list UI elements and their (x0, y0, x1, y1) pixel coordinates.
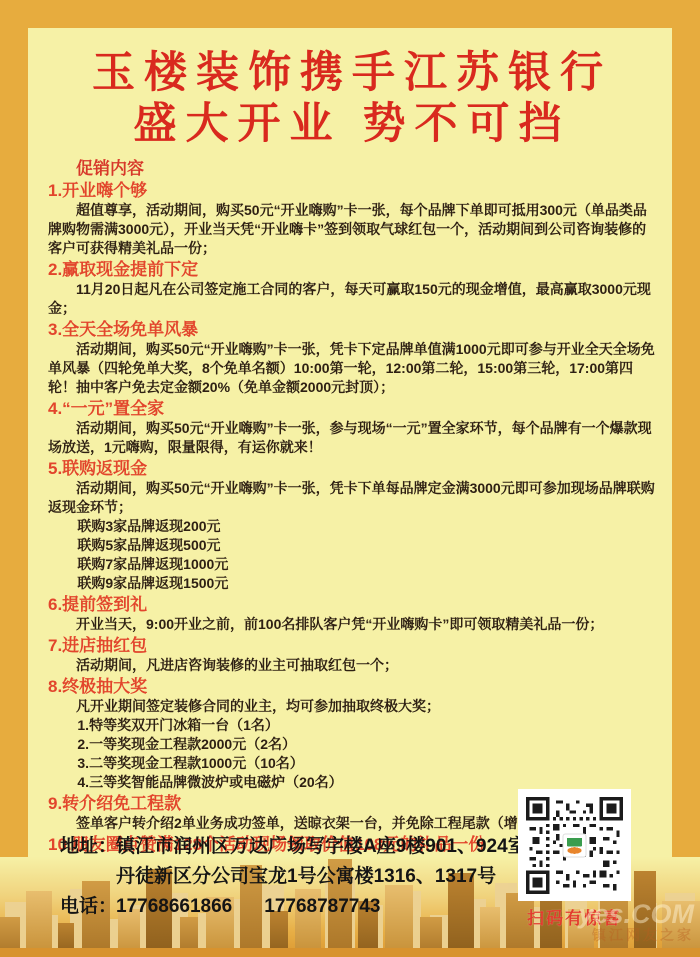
section-heading: 5.联购返现金 (48, 459, 656, 479)
title-line-2: 盛大开业 势不可挡 (48, 99, 656, 150)
promo-section-6: 6.提前签到礼 开业当天，9:00开业之前，前100名排队客户凭“开业嗨购卡”即… (48, 595, 656, 634)
prize-list-item: 1.特等奖双开门冰箱一台（1名） (48, 716, 656, 735)
qr-code-icon (518, 789, 631, 901)
title-line-1: 玉楼装饰携手江苏银行 (48, 48, 656, 99)
section-heading: 7.进店抽红包 (48, 636, 656, 656)
qr-caption: 扫码有惊喜 (518, 904, 631, 929)
address-row: 地址：镇江市润州区万达广场写字楼A座9楼901、924室 (60, 832, 527, 862)
promo-content: 玉楼装饰携手江苏银行 盛大开业 势不可挡 促销内容 1.开业嗨个够 超值尊享，活… (28, 28, 672, 855)
promo-section-2: 2.赢取现金提前下定 11月20日起凡在公司签定施工合同的客户，每天可赢取150… (48, 260, 656, 318)
section-heading: 1.开业嗨个够 (48, 181, 656, 201)
reward-list-item: 联购9家品牌返现1500元 (48, 574, 656, 593)
promo-section-7: 7.进店抽红包 活动期间，凡进店咨询装修的业主可抽取红包一个； (48, 636, 656, 675)
section-body: 活动期间，购买50元“开业嗨购”卡一张，凭卡下定品牌单值满1000元即可参与开业… (48, 340, 656, 397)
phone-row: 电话：1776866186617768787743 (60, 892, 527, 922)
section-heading: 2.赢取现金提前下定 (48, 260, 656, 280)
promo-section-8: 8.终极抽大奖 凡开业期间签定装修合同的业主，均可参加抽取终极大奖； 1.特等奖… (48, 677, 656, 792)
section-heading: 4.“一元”置全家 (48, 399, 656, 419)
section-body: 活动期间，购买50元“开业嗨购”卡一张，凭卡下单每品牌定金满3000元即可参加现… (48, 479, 656, 517)
section-heading: 3.全天全场免单风暴 (48, 320, 656, 340)
footer-info: 地址：镇江市润州区万达广场写字楼A座9楼901、924室 丹徒新区分公司宝龙1号… (60, 832, 527, 922)
section-body: 凡开业期间签定装修合同的业主，均可参加抽取终极大奖； (48, 697, 656, 716)
section-body: 超值尊享，活动期间，购买50元“开业嗨购”卡一张，每个品牌下单即可抵用300元（… (48, 201, 656, 258)
section-body: 11月20日起凡在公司签定施工合同的客户，每天可赢取150元的现金增值，最高赢取… (48, 280, 656, 318)
phone-number-1: 17768661866 (116, 896, 232, 917)
section-body: 活动期间，购买50元“开业嗨购”卡一张，参与现场“一元”置全家环节，每个品牌有一… (48, 419, 656, 457)
poster-title: 玉楼装饰携手江苏银行 盛大开业 势不可挡 (48, 38, 656, 154)
promo-section-4: 4.“一元”置全家 活动期间，购买50元“开业嗨购”卡一张，参与现场“一元”置全… (48, 399, 656, 457)
prize-list-item: 3.二等奖现金工程款1000元（10名） (48, 754, 656, 773)
phone-number-2: 17768787743 (264, 896, 380, 917)
address-line-2: 丹徒新区分公司宝龙1号公寓楼1316、1317号 (116, 862, 527, 892)
prize-list-item: 2.一等奖现金工程款2000元（2名） (48, 735, 656, 754)
phone-label: 电话： (60, 892, 116, 922)
reward-list-item: 联购3家品牌返现200元 (48, 517, 656, 536)
promo-content-label: 促销内容 (76, 158, 656, 179)
reward-list-item: 联购5家品牌返现500元 (48, 536, 656, 555)
reward-list-item: 联购7家品牌返现1000元 (48, 555, 656, 574)
section-body: 开业当天，9:00开业之前，前100名排队客户凭“开业嗨购卡”即可领取精美礼品一… (48, 615, 656, 634)
address-label: 地址： (60, 832, 116, 862)
section-heading: 8.终极抽大奖 (48, 677, 656, 697)
qr-panel: 扫码有惊喜 (518, 789, 631, 929)
address-line-1: 镇江市润州区万达广场写字楼A座9楼901、924室 (116, 836, 527, 857)
section-heading: 6.提前签到礼 (48, 595, 656, 615)
promo-section-5: 5.联购返现金 活动期间，购买50元“开业嗨购”卡一张，凭卡下单每品牌定金满30… (48, 459, 656, 593)
section-body: 活动期间，凡进店咨询装修的业主可抽取红包一个； (48, 656, 656, 675)
promo-section-1: 1.开业嗨个够 超值尊享，活动期间，购买50元“开业嗨购”卡一张，每个品牌下单即… (48, 181, 656, 258)
promo-section-3: 3.全天全场免单风暴 活动期间，购买50元“开业嗨购”卡一张，凭卡下定品牌单值满… (48, 320, 656, 397)
